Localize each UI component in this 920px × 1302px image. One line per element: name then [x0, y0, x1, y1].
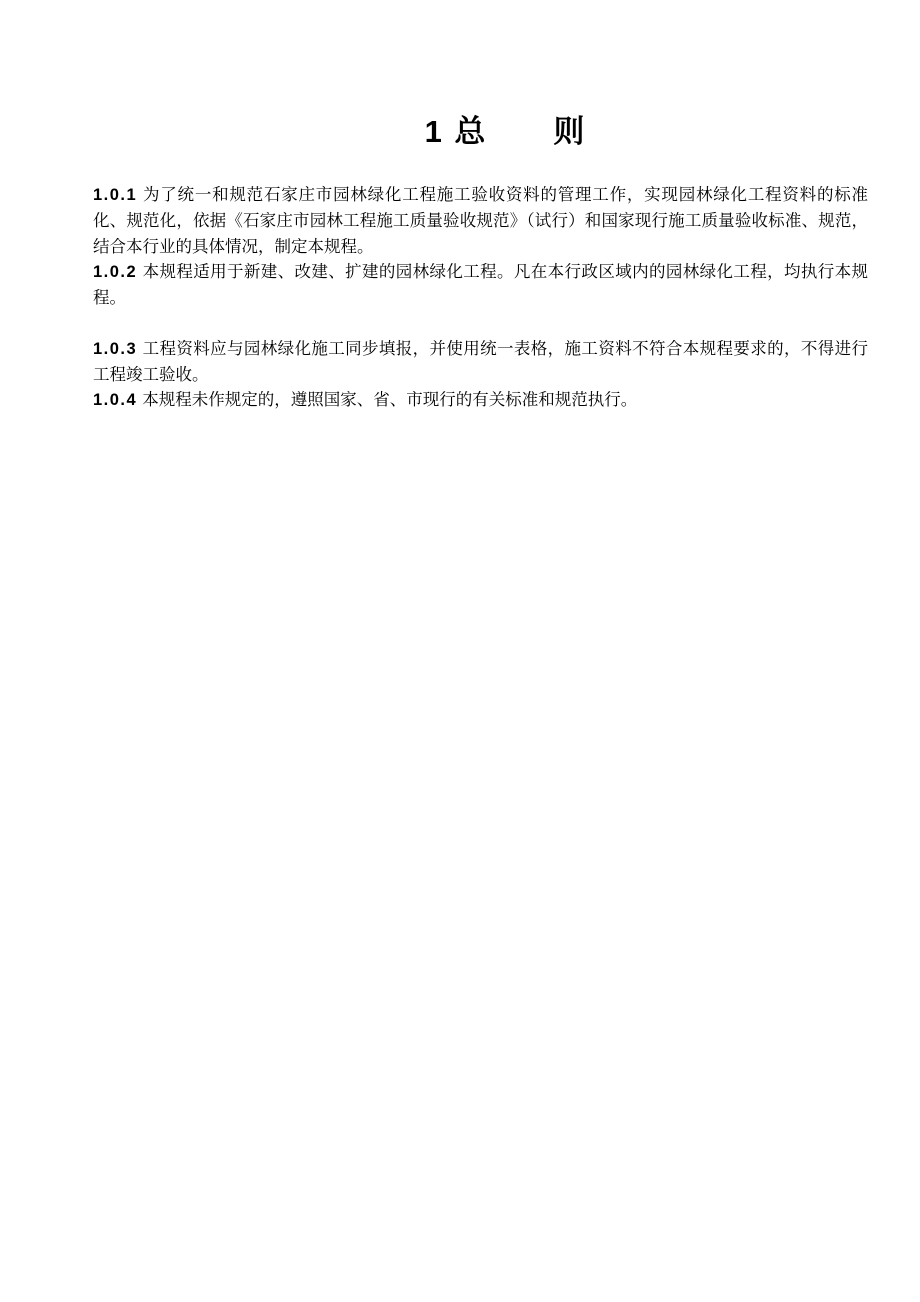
blank-line-spacer	[93, 310, 868, 335]
clause-number: 1.0.2	[93, 263, 137, 281]
document-title: 1 总 则	[118, 110, 893, 154]
clause-number: 1.0.3	[93, 340, 137, 358]
clause-text: 本规程适用于新建、改建、扩建的园林绿化工程。凡在本行政区域内的园林绿化工程，均执…	[93, 262, 868, 307]
clause-number: 1.0.4	[93, 391, 137, 409]
document-body: 1.0.1为了统一和规范石家庄市园林绿化工程施工验收资料的管理工作，实现园林绿化…	[93, 182, 868, 414]
clause-1-0-3: 1.0.3工程资料应与园林绿化施工同步填报，并使用统一表格，施工资料不符合本规程…	[93, 336, 868, 388]
clause-text: 本规程未作规定的，遵照国家、省、市现行的有关标准和规范执行。	[142, 390, 637, 409]
clause-1-0-4: 1.0.4本规程未作规定的，遵照国家、省、市现行的有关标准和规范执行。	[93, 387, 868, 413]
clause-text: 为了统一和规范石家庄市园林绿化工程施工验收资料的管理工作，实现园林绿化工程资料的…	[93, 185, 868, 256]
clause-1-0-2: 1.0.2本规程适用于新建、改建、扩建的园林绿化工程。凡在本行政区域内的园林绿化…	[93, 259, 868, 311]
clause-text: 工程资料应与园林绿化施工同步填报，并使用统一表格，施工资料不符合本规程要求的，不…	[93, 339, 868, 384]
document-page: 1 总 则 1.0.1为了统一和规范石家庄市园林绿化工程施工验收资料的管理工作，…	[0, 0, 920, 1302]
clause-number: 1.0.1	[93, 186, 137, 204]
clause-1-0-1: 1.0.1为了统一和规范石家庄市园林绿化工程施工验收资料的管理工作，实现园林绿化…	[93, 182, 868, 259]
